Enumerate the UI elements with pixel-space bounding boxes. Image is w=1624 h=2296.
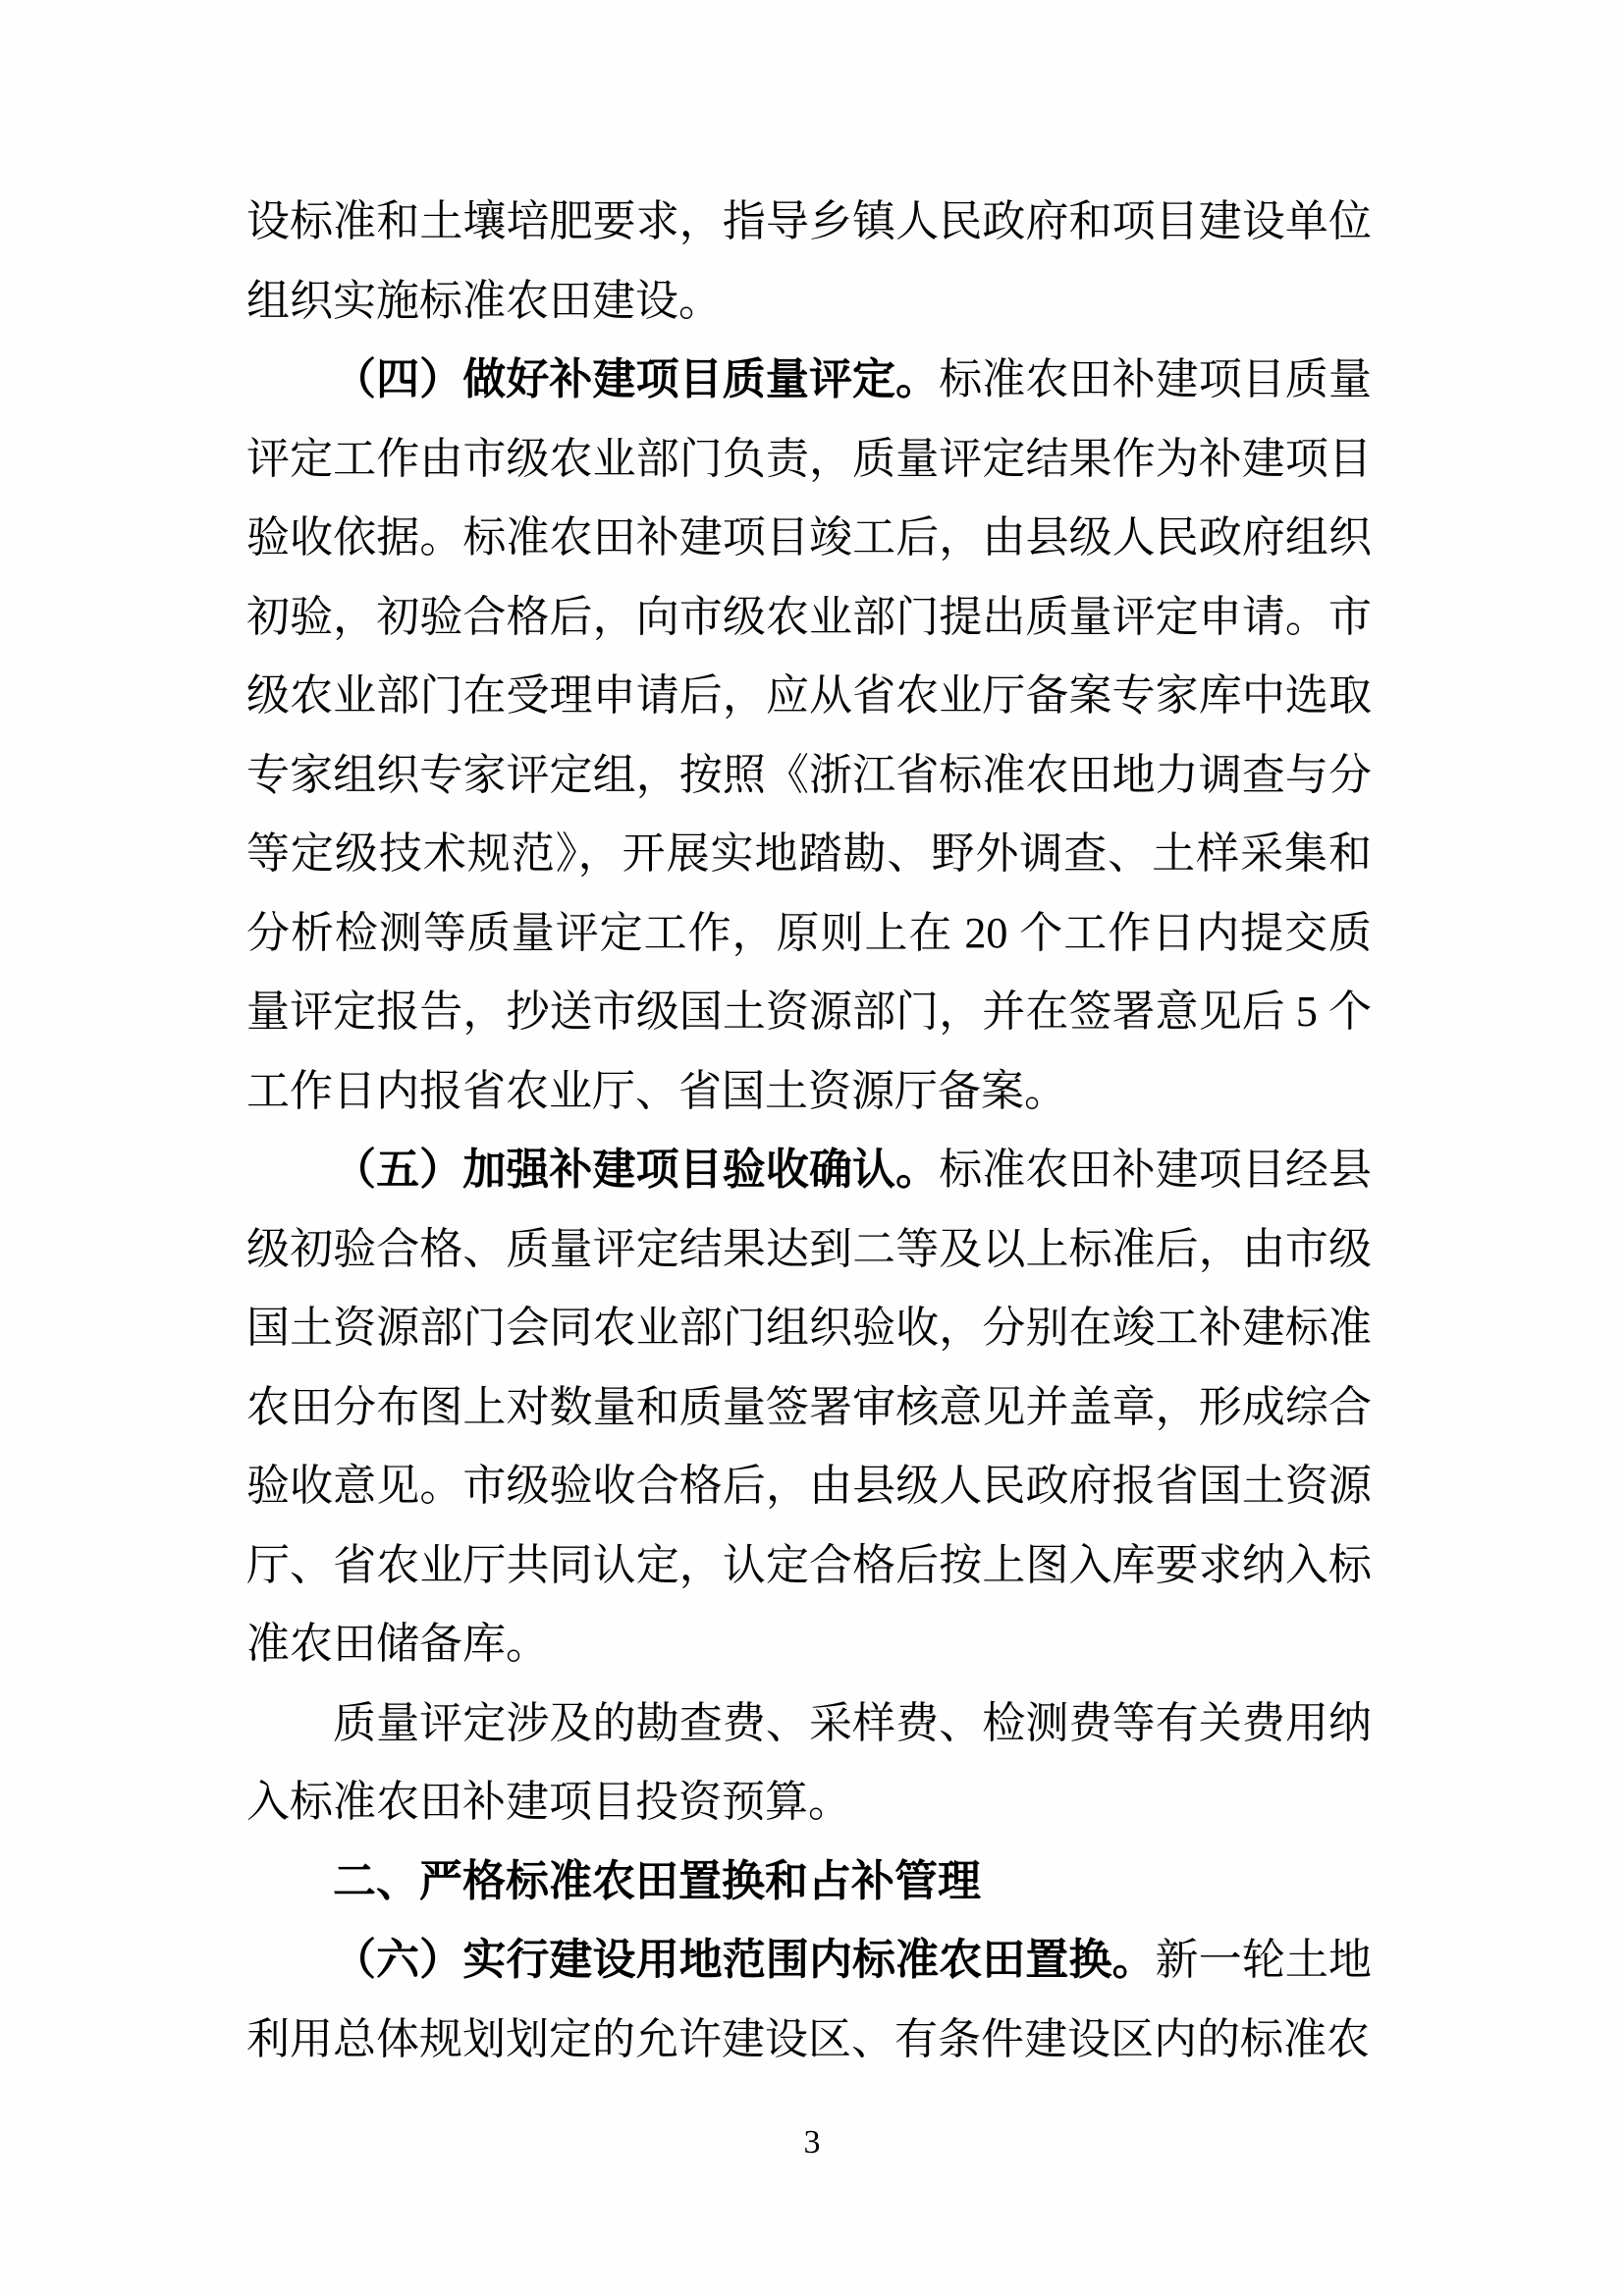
paragraph-lead-bold: （五）加强补建项目验收确认。 — [333, 1146, 939, 1194]
paragraph-body: 标准农田补建项目质量评定工作由市级农业部门负责，质量评定结果作为补建项目验收依据… — [246, 355, 1372, 1115]
document-page: 设标准和土壤培肥要求，指导乡镇人民政府和项目建设单位组织实施标准农田建设。（四）… — [0, 0, 1624, 2296]
paragraph: （五）加强补建项目验收确认。标准农田补建项目经县级初验合格、质量评定结果达到二等… — [246, 1131, 1372, 1684]
paragraph-lead-bold: （四）做好补建项目质量评定。 — [333, 355, 939, 403]
paragraph-body: 质量评定涉及的勘查费、采样费、检测费等有关费用纳入标准农田补建项目投资预算。 — [246, 1699, 1372, 1827]
paragraph-body: 设标准和土壤培肥要求，指导乡镇人民政府和项目建设单位组织实施标准农田建设。 — [246, 197, 1372, 325]
paragraph: 设标准和土壤培肥要求，指导乡镇人民政府和项目建设单位组织实施标准农田建设。 — [246, 183, 1372, 341]
text-block: 设标准和土壤培肥要求，指导乡镇人民政府和项目建设单位组织实施标准农田建设。（四）… — [246, 183, 1372, 2079]
paragraph: （六）实行建设用地范围内标准农田置换。新一轮土地利用总体规划划定的允许建设区、有… — [246, 1921, 1372, 2079]
paragraph-lead-bold: 二、严格标准农田置换和占补管理 — [333, 1857, 981, 1905]
paragraph-lead-bold: （六）实行建设用地范围内标准农田置换。 — [333, 1936, 1156, 1984]
paragraph-body: 标准农田补建项目经县级初验合格、质量评定结果达到二等及以上标准后，由市级国土资源… — [246, 1146, 1372, 1668]
page-number: 3 — [0, 2123, 1624, 2163]
paragraph: 二、严格标准农田置换和占补管理 — [246, 1842, 1372, 1922]
paragraph: （四）做好补建项目质量评定。标准农田补建项目质量评定工作由市级农业部门负责，质量… — [246, 341, 1372, 1131]
paragraph: 质量评定涉及的勘查费、采样费、检测费等有关费用纳入标准农田补建项目投资预算。 — [246, 1684, 1372, 1842]
